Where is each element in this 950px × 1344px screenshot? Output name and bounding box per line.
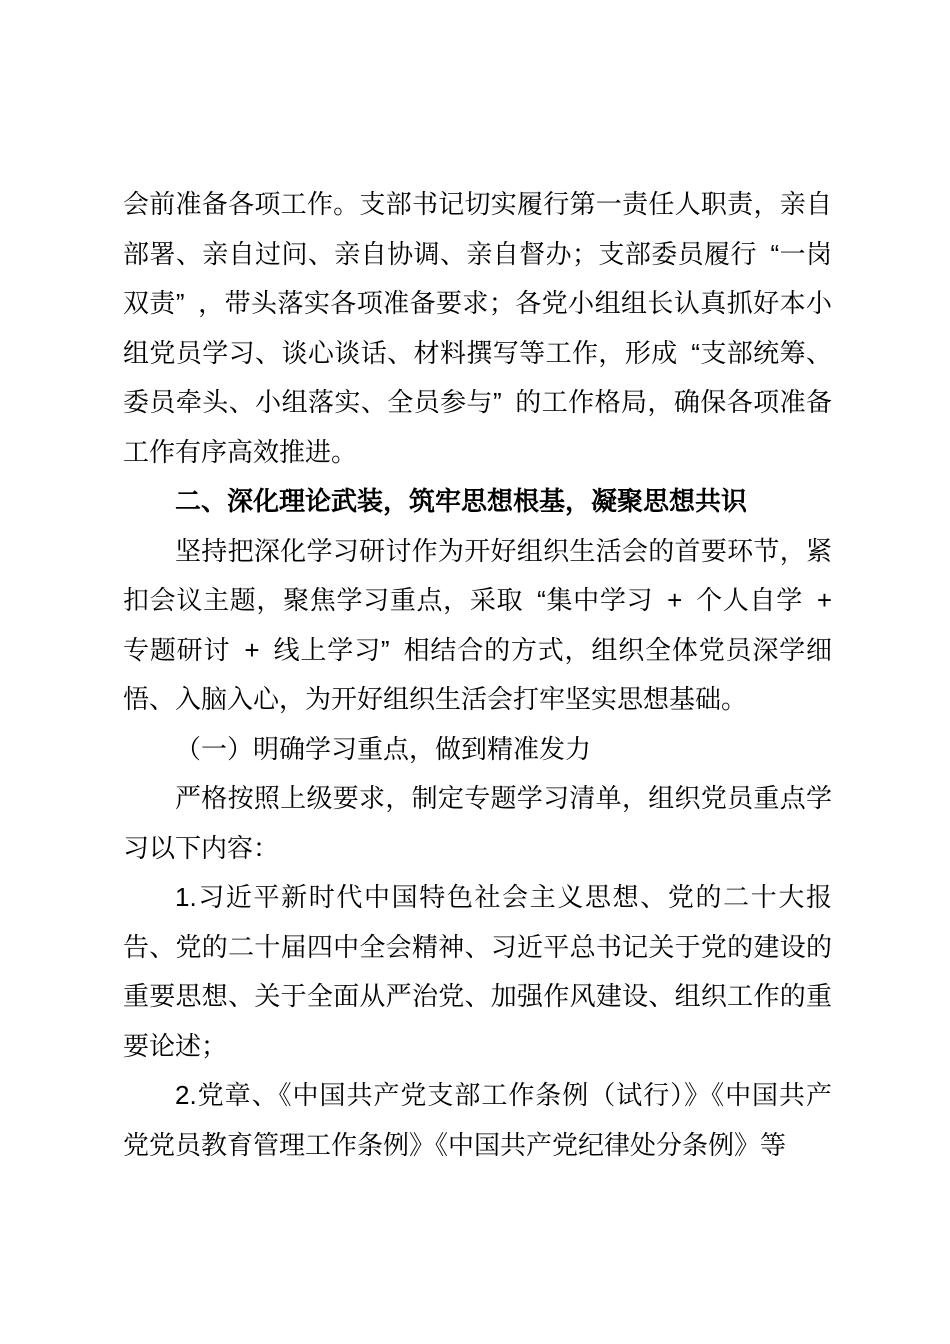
- paragraph-meeting-preparation-continued: 会前准备各项工作。支部书记切实履行第一责任人职责，亲自部署、亲自过问、亲自协调、…: [123, 180, 832, 477]
- list-item-study-content-1: 1.习近平新时代中国特色社会主义思想、党的二十大报告、党的二十届四中全会精神、习…: [123, 873, 832, 1071]
- section-heading-theory-arming: 二、深化理论武装，筑牢思想根基，凝聚思想共识: [123, 477, 832, 527]
- document-body: 会前准备各项工作。支部书记切实履行第一责任人职责，亲自部署、亲自过问、亲自协调、…: [123, 180, 832, 1170]
- subsection-heading-study-focus: （一）明确学习重点，做到精准发力: [123, 725, 832, 775]
- paragraph-study-discussion: 坚持把深化学习研讨作为开好组织生活会的首要环节，紧扣会议主题，聚焦学习重点，采取…: [123, 527, 832, 725]
- document-page: 会前准备各项工作。支部书记切实履行第一责任人职责，亲自部署、亲自过问、亲自协调、…: [0, 0, 950, 1344]
- list-item-study-content-2: 2.党章、《中国共产党支部工作条例（试行）》《中国共产党党员教育管理工作条例》《…: [123, 1071, 832, 1170]
- paragraph-study-list-intro: 严格按照上级要求，制定专题学习清单，组织党员重点学习以下内容：: [123, 774, 832, 873]
